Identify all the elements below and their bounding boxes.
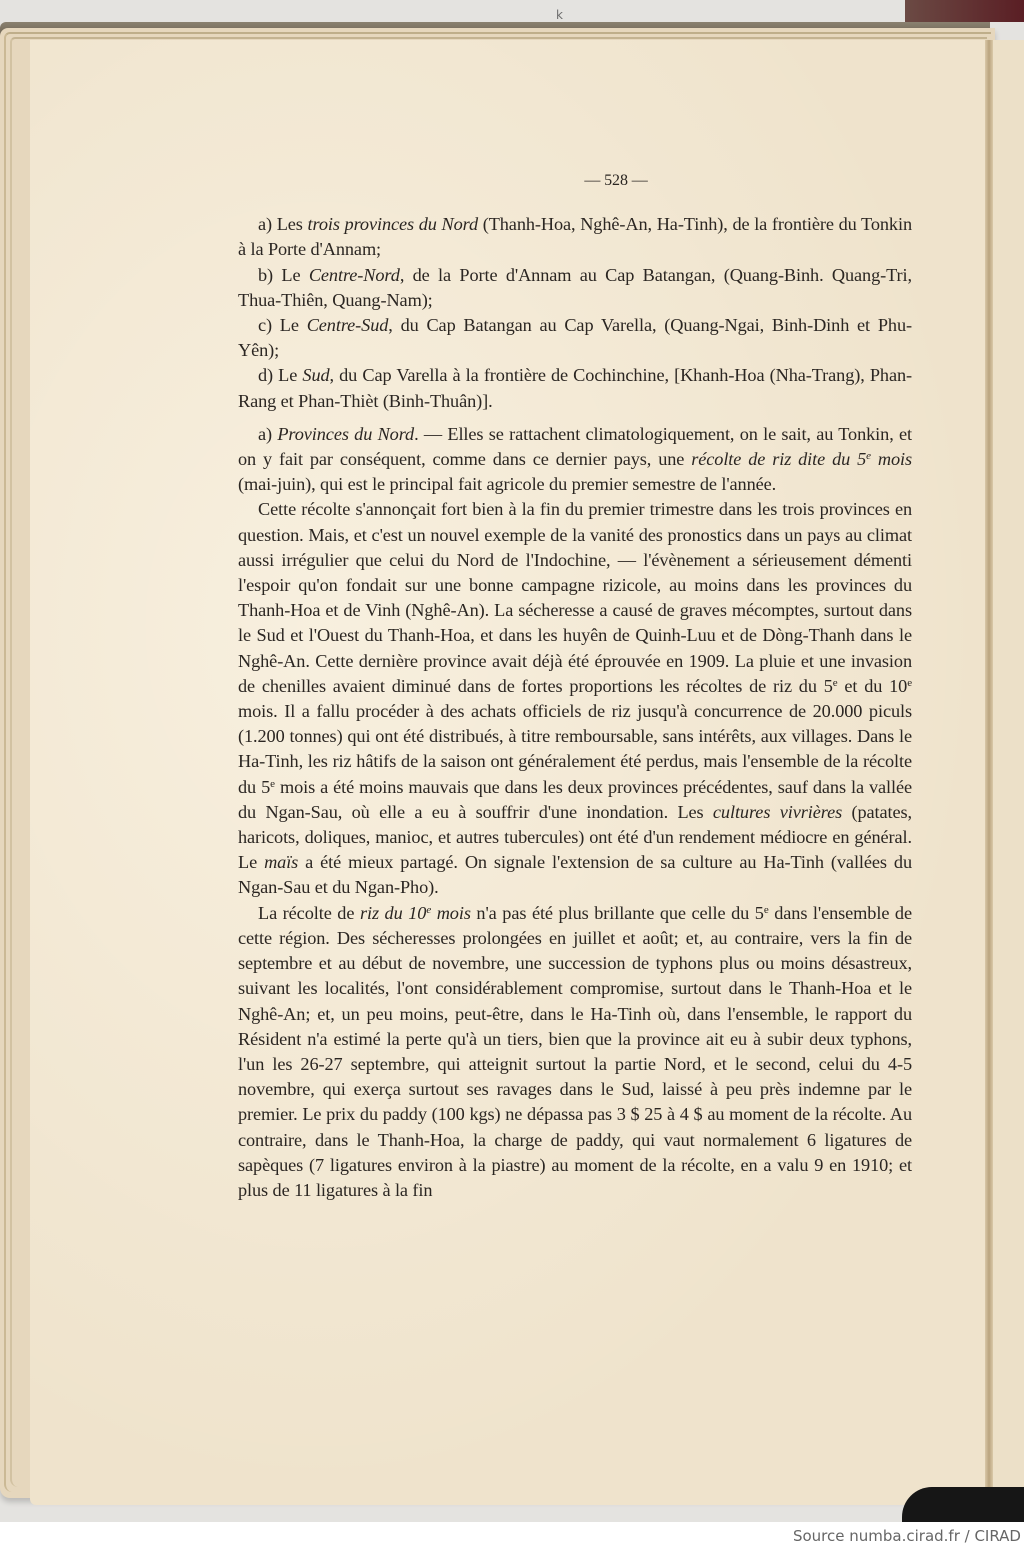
paragraph-d-list: d) Le Sud, du Cap Varella à la frontière… xyxy=(238,363,912,413)
italic-text: riz du 10 xyxy=(360,903,426,923)
italic-text: Sud xyxy=(302,365,329,385)
text-run: Cette récolte s'annonçait fort bien à la… xyxy=(238,499,912,695)
text-run: a été mieux partagé. On signale l'extens… xyxy=(238,852,912,897)
text-run: c) Le xyxy=(258,315,307,335)
text-run: dans l'ensemble de cette région. Des séc… xyxy=(238,903,912,1200)
book-cover-corner xyxy=(905,0,1024,22)
italic-text: maïs xyxy=(264,852,298,872)
italic-text: Centre-Nord xyxy=(309,265,400,285)
book-spine-shadow xyxy=(902,1487,1024,1522)
text-run: (mai-juin), qui est le principal fait ag… xyxy=(238,474,776,494)
text-run: a) xyxy=(258,424,277,444)
italic-text: Centre-Sud xyxy=(307,315,389,335)
source-credit: Source numba.cirad.fr / CIRAD xyxy=(793,1527,1021,1545)
book-gutter xyxy=(985,40,993,1520)
paragraph-provinces-nord: a) Provinces du Nord. — Elles se rattach… xyxy=(238,422,912,498)
italic-text: Provinces du Nord xyxy=(277,424,414,444)
text-run: et du 10 xyxy=(838,676,908,696)
text-run: a) Les xyxy=(258,214,308,234)
italic-text: trois provinces du Nord xyxy=(308,214,479,234)
pencil-mark: k xyxy=(556,8,566,22)
text-run: , du Cap Varella à la frontière de Cochi… xyxy=(238,365,912,410)
page-number: — 528 — xyxy=(320,168,912,193)
paragraph-c-list: c) Le Centre-Sud, du Cap Batangan au Cap… xyxy=(238,313,912,363)
facing-page-sliver xyxy=(993,40,1024,1520)
italic-text: cultures vivrières xyxy=(713,802,842,822)
text-run: b) Le xyxy=(258,265,309,285)
paragraph-riz-10e-mois: La récolte de riz du 10e mois n'a pas ét… xyxy=(238,901,912,1203)
page-text: — 528 — a) Les trois provinces du Nord (… xyxy=(238,168,912,1203)
superscript: e xyxy=(907,677,912,689)
italic-text: mois xyxy=(431,903,471,923)
italic-text: mois xyxy=(871,449,912,469)
paragraph-b-list: b) Le Centre-Nord, de la Porte d'Annam a… xyxy=(238,263,912,313)
paragraph-a-list: a) Les trois provinces du Nord (Thanh-Ho… xyxy=(238,212,912,262)
paragraph-cette-recolte: Cette récolte s'annonçait fort bien à la… xyxy=(238,497,912,900)
paragraphs: a) Les trois provinces du Nord (Thanh-Ho… xyxy=(238,212,912,1203)
text-run: d) Le xyxy=(258,365,302,385)
text-run: n'a pas été plus brillante que celle du … xyxy=(471,903,764,923)
italic-text: récolte de riz dite du 5 xyxy=(691,449,866,469)
text-run: La récolte de xyxy=(258,903,360,923)
